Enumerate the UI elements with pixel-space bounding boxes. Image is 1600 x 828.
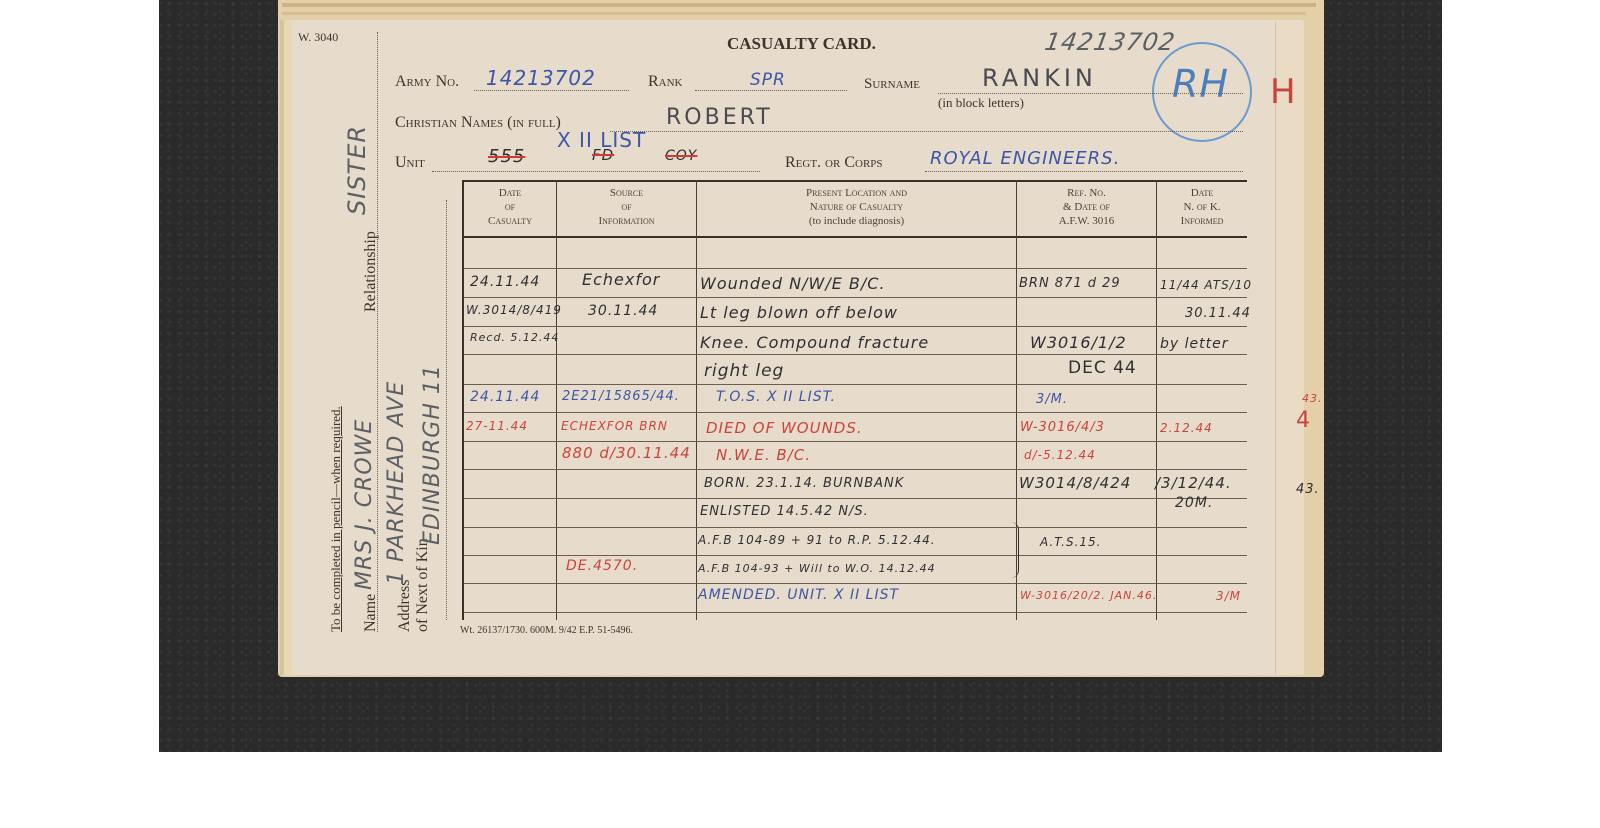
cell-nature: A.F.B 104-93 + Will to W.O. 14.12.44	[698, 562, 936, 575]
surname-label: Surname	[864, 76, 920, 93]
edge-mark-pencil-43: 43.	[1296, 482, 1320, 497]
regt-value: ROYAL ENGINEERS.	[930, 148, 1120, 169]
cell-ref: d/-5.12.44	[1024, 448, 1096, 462]
cell-source: 30.11.44	[588, 303, 658, 319]
cell-source: 880 d/30.11.44	[562, 444, 691, 462]
form-number: W. 3040	[298, 30, 338, 45]
cell-ref: W3014/8/424	[1019, 474, 1131, 492]
top-number: 14213702	[1043, 28, 1178, 56]
cell-ref: 3/M.	[1036, 392, 1068, 407]
header-line: Date	[464, 186, 556, 200]
header-line: Casualty	[464, 214, 556, 228]
header-source-of-information: Source of Information	[557, 186, 696, 228]
cell-nature: ENLISTED 14.5.42 N/S.	[700, 504, 869, 519]
nok-address-line1: 1 PARKHEAD AVE	[384, 381, 409, 585]
cell-nok: by letter	[1160, 336, 1228, 352]
cell-source: ECHEXFOR BRN	[561, 419, 668, 433]
cell-ref: W3016/1/2	[1030, 333, 1127, 352]
unit-struck-3: COY	[665, 148, 697, 164]
nok-divider	[446, 200, 447, 620]
unit-struck-1: 555	[488, 146, 525, 167]
header-line: of	[557, 200, 696, 214]
cell-date: Recd. 5.12.44	[470, 331, 559, 344]
header-date-of-casualty: Date of Casualty	[464, 186, 556, 228]
cell-nok: 3/M	[1216, 589, 1241, 603]
surname-value: RANKIN	[982, 64, 1097, 92]
nok-relationship-value: SISTER	[343, 125, 371, 215]
regt-label: Regt. or Corps	[785, 154, 883, 172]
nok-address-label-2: of Next of Kin	[414, 538, 432, 632]
surname-hint: (in block letters)	[938, 95, 1024, 111]
nok-name-value: MRS J. CROWE	[352, 419, 377, 590]
army-no-label: Army No.	[395, 73, 459, 91]
regt-line	[925, 171, 1243, 172]
header-line: Ref. No.	[1017, 186, 1156, 200]
cell-ref: DEC 44	[1068, 358, 1137, 378]
initials: RH	[1172, 62, 1229, 106]
cell-nok: 30.11.44	[1185, 306, 1251, 321]
cell-nature: T.O.S. X II LIST.	[716, 389, 836, 405]
margin-divider	[377, 32, 378, 632]
edge-mark-43: 43.	[1302, 392, 1323, 405]
christian-names-line	[610, 131, 1243, 132]
bracket-mark	[1010, 522, 1019, 578]
christian-names-label: Christian Names (in full)	[395, 114, 561, 132]
cell-nok: /3/12/44.	[1155, 474, 1232, 492]
cell-nature: DIED OF WOUNDS.	[706, 419, 863, 437]
cell-ref: W-3016/20/2. JAN.46.	[1020, 589, 1157, 602]
rank-line	[695, 90, 847, 91]
card-stack-edge	[1275, 22, 1304, 674]
header-line: Present Location and	[697, 186, 1016, 200]
rank-label: Rank	[648, 73, 683, 91]
margin-mark-h: H	[1270, 72, 1297, 112]
edge-mark-4: 4	[1296, 408, 1311, 433]
cell-nature: Lt leg blown off below	[700, 303, 898, 322]
header-line: Nature of Casualty	[697, 200, 1016, 214]
cell-nature: right leg	[704, 361, 784, 381]
header-line: Date	[1157, 186, 1247, 200]
cell-nature: Wounded N/W/E B/C.	[700, 274, 886, 293]
header-ref-no: Ref. No. & Date of A.F.W. 3016	[1017, 186, 1156, 228]
unit-label: Unit	[395, 154, 425, 172]
header-line: Information	[557, 214, 696, 228]
header-line: Informed	[1157, 214, 1247, 228]
header-present-location: Present Location and Nature of Casualty …	[697, 186, 1016, 228]
nok-instruction: To be completed in pencil—when required.	[328, 406, 344, 632]
unit-amended: X II LIST	[557, 128, 646, 152]
surname-line	[938, 93, 1243, 94]
rank-value: SPR	[750, 70, 786, 90]
unit-line	[432, 171, 760, 172]
cell-nature: AMENDED. UNIT. X II LIST	[698, 587, 899, 603]
nok-relationship-label: Relationship	[362, 231, 380, 312]
header-line: (to include diagnosis)	[697, 214, 1016, 228]
nok-address-label: Address	[396, 580, 414, 632]
cell-nature: N.W.E. B/C.	[716, 446, 811, 464]
cell-date: 24.11.44	[470, 389, 540, 405]
cell-nok: 11/44 ATS/10	[1160, 278, 1252, 292]
cell-nok: 20M.	[1175, 495, 1213, 511]
cell-nature: Knee. Compound fracture	[700, 333, 929, 352]
cell-ref: A.T.S.15.	[1040, 535, 1101, 549]
header-line: of	[464, 200, 556, 214]
printer-line: Wt. 26137/1730. 600M. 9/42 E.P. 51-5496.	[460, 625, 633, 636]
cell-date: 27-11.44	[466, 419, 528, 433]
header-line: A.F.W. 3016	[1017, 214, 1156, 228]
nok-name-label: Name	[362, 594, 380, 632]
cell-ref: BRN 871 d 29	[1019, 276, 1121, 291]
cell-ref: W-3016/4/3	[1020, 420, 1105, 435]
army-no-value: 14213702	[486, 66, 596, 90]
header-line: Source	[557, 186, 696, 200]
cell-source: 2E21/15865/44.	[562, 389, 680, 404]
christian-names-value: ROBERT	[666, 105, 773, 130]
cell-source: Echexfor	[582, 270, 660, 289]
header-line: N. of K.	[1157, 200, 1247, 214]
card-title: CASUALTY CARD.	[727, 34, 876, 54]
cell-source: DE.4570.	[566, 558, 638, 574]
cell-nature: BORN. 23.1.14. BURNBANK	[704, 476, 904, 491]
cell-date: W.3014/8/419	[466, 303, 562, 317]
cell-nok: 2.12.44	[1160, 421, 1213, 435]
cell-nature: A.F.B 104-89 + 91 to R.P. 5.12.44.	[698, 533, 936, 547]
army-no-line	[474, 90, 629, 91]
cell-date: 24.11.44	[470, 274, 540, 290]
header-line: & Date of	[1017, 200, 1156, 214]
header-date-nok-informed: Date N. of K. Informed	[1157, 186, 1247, 228]
nok-address-line2: EDINBURGH 11	[420, 364, 445, 545]
